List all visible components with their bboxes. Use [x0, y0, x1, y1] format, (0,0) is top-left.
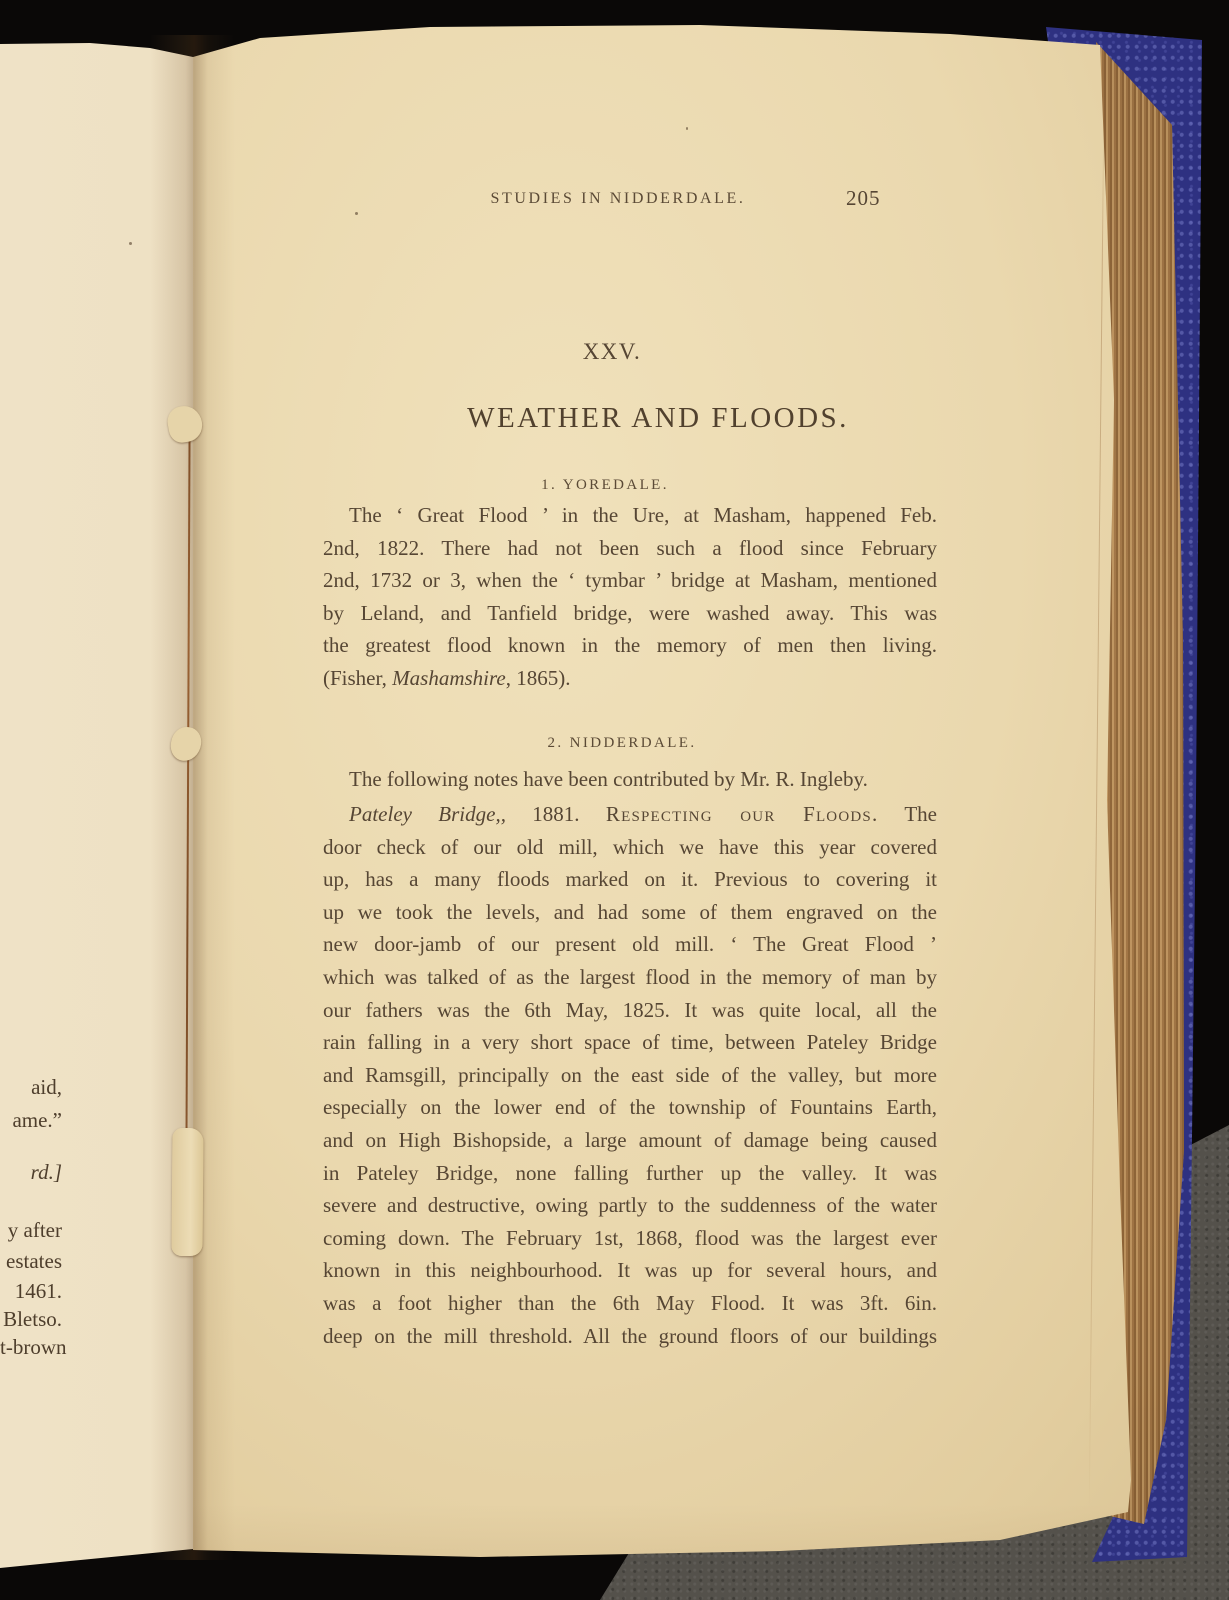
left-page-fragment: ame.” — [0, 1108, 62, 1133]
text-line: was a foot higher than the 6th May Flood… — [323, 1287, 937, 1320]
book-photo-scene: aid, ame.” rd.] y after estates 1461. Bl… — [0, 0, 1229, 1600]
text-segment: (Fisher, — [323, 666, 392, 690]
text-line: up, has a many floods marked on it. Prev… — [323, 863, 937, 896]
text-line: which was talked of as the largest flood… — [323, 961, 937, 994]
left-page-fragment: 1461. — [0, 1279, 62, 1304]
paper-speck — [355, 212, 358, 215]
text-segment: The — [904, 802, 937, 826]
left-page-fragment: t-brown — [0, 1335, 62, 1360]
chapter-number: XXV. — [305, 339, 919, 365]
paper-speck — [129, 242, 132, 245]
left-page-fragment: aid, — [0, 1075, 62, 1100]
torn-paper-tab — [171, 1128, 203, 1256]
left-page-fragment: estates — [0, 1249, 62, 1274]
page-number: 205 — [846, 186, 881, 211]
text-line: and on High Bishopside, a large amount o… — [323, 1124, 937, 1157]
text-line: known in this neighbourhood. It was up f… — [323, 1254, 937, 1287]
text-line: especially on the lower end of the towns… — [323, 1091, 937, 1124]
section-heading-nidderdale: 2. NIDDERDALE. — [315, 735, 929, 752]
paragraph-nidderdale: Pateley Bridge,, 1881. Respecting our Fl… — [323, 798, 937, 1352]
text-segment: , 1865). — [506, 666, 571, 690]
text-line: (Fisher, Mashamshire, 1865). — [323, 662, 937, 695]
intro-line: The following notes have been contribute… — [323, 763, 937, 796]
paragraph-yoredale: The ‘ Great Flood ’ in the Ure, at Masha… — [323, 499, 937, 695]
text-line: 2nd, 1732 or 3, when the ‘ tymbar ’ brid… — [323, 564, 937, 597]
text-line: The ‘ Great Flood ’ in the Ure, at Masha… — [323, 499, 937, 532]
text-line: up we took the levels, and had some of t… — [323, 896, 937, 929]
running-title: STUDIES IN NIDDERDALE. — [311, 190, 925, 208]
text-line: and Ramsgill, principally on the east si… — [323, 1059, 937, 1092]
italic-text: Pateley Bridge,, — [349, 802, 506, 826]
text-line: in Pateley Bridge, none falling further … — [323, 1157, 937, 1190]
text-line: by Leland, and Tanfield bridge, were was… — [323, 597, 937, 630]
left-page-fragment: Bletso. — [0, 1307, 62, 1332]
text-line: 2nd, 1822. There had not been such a flo… — [323, 532, 937, 565]
section-heading-yoredale: 1. YOREDALE. — [298, 477, 912, 494]
left-page-fragment: rd.] — [0, 1160, 62, 1185]
text-line: coming down. The February 1st, 1868, flo… — [323, 1222, 937, 1255]
text-line: Pateley Bridge,, 1881. Respecting our Fl… — [323, 798, 937, 831]
page-crease — [1089, 120, 1105, 1510]
text-line: the greatest flood known in the memory o… — [323, 629, 937, 662]
paper-speck — [686, 127, 688, 130]
text-line: new door-jamb of our present old mill. ‘… — [323, 928, 937, 961]
chapter-title: WEATHER AND FLOODS. — [351, 402, 965, 435]
smallcaps-text: Respecting our Floods. — [606, 802, 879, 826]
text-segment: 1881. — [532, 802, 579, 826]
text-line: deep on the mill threshold. All the grou… — [323, 1320, 937, 1353]
italic-text: Mashamshire — [392, 666, 506, 690]
text-line: our fathers was the 6th May, 1825. It wa… — [323, 994, 937, 1027]
text-line: door check of our old mill, which we hav… — [323, 831, 937, 864]
left-page-fragment: y after — [0, 1218, 62, 1243]
gutter-shadow — [150, 35, 235, 1560]
text-line: rain falling in a very short space of ti… — [323, 1026, 937, 1059]
text-line: severe and destructive, owing partly to … — [323, 1189, 937, 1222]
